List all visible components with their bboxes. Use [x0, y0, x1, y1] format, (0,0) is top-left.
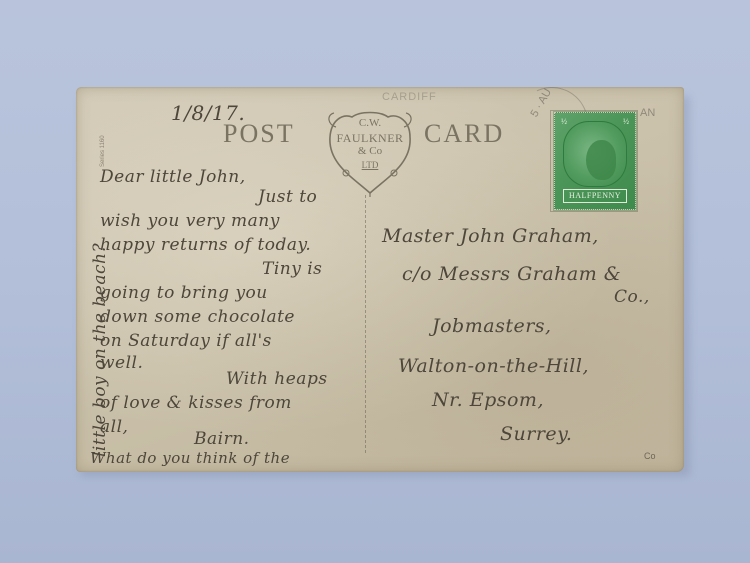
message-line: Just to: [258, 187, 317, 207]
logo-name: FAULKNER: [322, 131, 418, 146]
message-line: down some chocolate: [100, 307, 295, 327]
stamp-denomination-right: ½: [623, 117, 629, 126]
message-line: on Saturday if all's: [100, 331, 272, 351]
logo-ltd: LTD: [322, 160, 418, 170]
address-line: Surrey.: [500, 423, 572, 445]
king-george-v-profile-icon: [586, 140, 616, 180]
message-line: Dear little John,: [100, 167, 246, 187]
address-line: Nr. Epsom,: [432, 389, 544, 411]
message-line: Tiny is: [262, 259, 322, 279]
logo-company: & Co: [322, 145, 418, 157]
address-line: Co.,: [614, 287, 650, 307]
message-line: well.: [100, 353, 143, 373]
message-line: all,: [100, 417, 128, 437]
logo-initials: C.W.: [322, 117, 418, 129]
stamp-denomination-left: ½: [561, 117, 567, 126]
message-line: What do you think of the: [90, 449, 290, 467]
message-line: wish you very many: [100, 211, 280, 231]
stamp-label: HALFPENNY: [563, 189, 627, 203]
pencil-note: CARDIFF: [382, 91, 437, 103]
series-imprint: Series 1160: [100, 135, 106, 167]
address-line: c/o Messrs Graham &: [402, 263, 621, 285]
postmark-time: AN: [640, 107, 655, 119]
address-line: Master John Graham,: [382, 225, 599, 247]
center-divider: [365, 195, 366, 453]
publisher-logo: C.W. FAULKNER & Co LTD: [322, 107, 418, 197]
card-heading: CARD: [424, 119, 504, 149]
message-line: happy returns of today.: [100, 235, 311, 255]
corner-mark: Co: [644, 451, 656, 461]
message-line: going to bring you: [100, 283, 268, 303]
message-line: With heaps: [226, 369, 328, 389]
message-signature: Bairn.: [194, 429, 250, 449]
stamp-oval-frame: [563, 121, 627, 187]
address-line: Walton-on-the-Hill,: [398, 355, 589, 377]
postcard: CARDIFF 1/8/17. POST CARD C.W. FAULKNER …: [76, 87, 684, 472]
halfpenny-stamp: ½ ½ HALFPENNY: [554, 112, 636, 210]
post-heading: POST: [223, 119, 295, 149]
message-line: of love & kisses from: [100, 393, 292, 413]
address-line: Jobmasters,: [432, 315, 552, 337]
